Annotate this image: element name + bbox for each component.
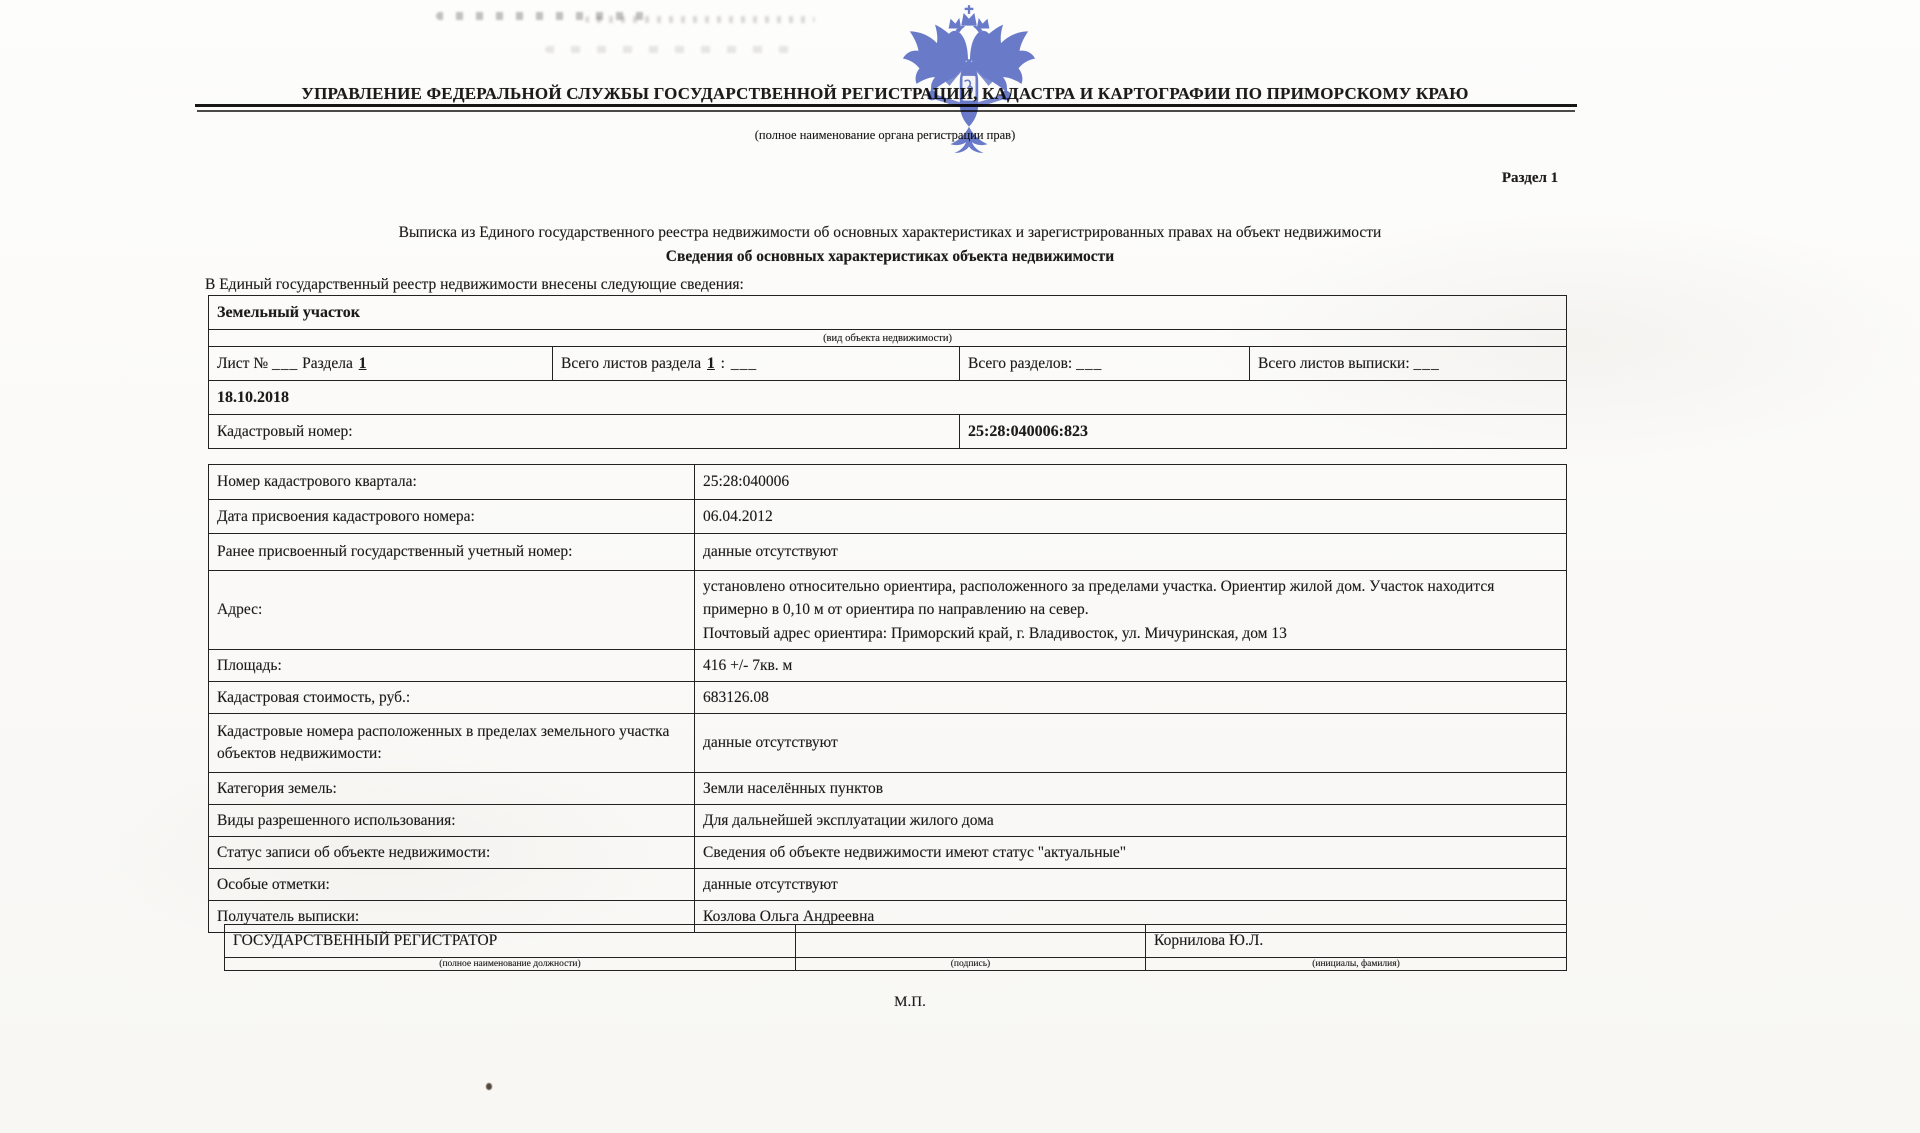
row-value: Для дальнейшей эксплуатации жилого дома xyxy=(695,805,1567,837)
table-row: Площадь: 416 +/- 7кв. м xyxy=(209,650,1567,682)
registrar-signature-cell xyxy=(796,925,1146,958)
section-label: Раздел 1 xyxy=(1470,170,1590,187)
row-label: Особые отметки: xyxy=(209,869,695,901)
sheets-in-section-cell: Всего листов раздела 1 : ___ xyxy=(553,347,960,381)
row-value: Земли населённых пунктов xyxy=(695,773,1567,805)
table-row: Кадастровые номера расположенных в преде… xyxy=(209,714,1567,773)
sheet-number-cell: Лист № ___ Раздела 1 xyxy=(209,347,553,381)
row-label: Кадастровая стоимость, руб.: xyxy=(209,682,695,714)
row-value: Сведения об объекте недвижимости имеют с… xyxy=(695,837,1567,869)
scan-speck xyxy=(486,1083,492,1090)
document-title: Выписка из Единого государственного реес… xyxy=(200,224,1580,242)
header-rule-thin xyxy=(197,110,1575,112)
table-row: Адрес: установлено относительно ориентир… xyxy=(209,571,1567,650)
table-row: Номер кадастрового квартала: 25:28:04000… xyxy=(209,465,1567,500)
table-row: Кадастровая стоимость, руб.: 683126.08 xyxy=(209,682,1567,714)
row-value: данные отсутствуют xyxy=(695,534,1567,571)
coat-of-arms-eagle-icon xyxy=(901,4,1037,156)
cadastral-number-value-cell: 25:28:040006:823 xyxy=(960,415,1567,449)
total-sheets-cell: Всего листов выписки: ___ xyxy=(1250,347,1567,381)
object-type-caption-cell: (вид объекта недвижимости) xyxy=(209,330,1567,347)
row-label: Статус записи об объекте недвижимости: xyxy=(209,837,695,869)
registrar-name-caption: (инициалы, фамилия) xyxy=(1146,958,1567,971)
row-value: данные отсутствуют xyxy=(695,714,1567,773)
registrar-position-cell: ГОСУДАРСТВЕННЫЙ РЕГИСТРАТОР xyxy=(225,925,796,958)
row-label: Дата присвоения кадастрового номера: xyxy=(209,500,695,534)
total-sections-cell: Всего разделов: ___ xyxy=(960,347,1250,381)
row-label: Категория земель: xyxy=(209,773,695,805)
row-value: 06.04.2012 xyxy=(695,500,1567,534)
row-label: Кадастровые номера расположенных в преде… xyxy=(209,714,695,773)
extract-date-cell: 18.10.2018 xyxy=(209,381,1567,415)
org-name-heading: УПРАВЛЕНИЕ ФЕДЕРАЛЬНОЙ СЛУЖБЫ ГОСУДАРСТВ… xyxy=(190,84,1580,104)
row-value: установлено относительно ориентира, расп… xyxy=(695,571,1567,650)
registrar-table: ГОСУДАРСТВЕННЫЙ РЕГИСТРАТОР Корнилова Ю.… xyxy=(224,924,1567,971)
table-row: Дата присвоения кадастрового номера: 06.… xyxy=(209,500,1567,534)
scanned-document-page: УПРАВЛЕНИЕ ФЕДЕРАЛЬНОЙ СЛУЖБЫ ГОСУДАРСТВ… xyxy=(0,0,1920,1133)
table-row: Особые отметки: данные отсутствуют xyxy=(209,869,1567,901)
document-subtitle: Сведения об основных характеристиках объ… xyxy=(200,248,1580,266)
registrar-signature-caption: (подпись) xyxy=(796,958,1146,971)
header-rule-thick xyxy=(195,104,1577,107)
scan-smudge xyxy=(585,16,815,23)
row-label: Виды разрешенного использования: xyxy=(209,805,695,837)
cadastral-number-label-cell: Кадастровый номер: xyxy=(209,415,960,449)
row-label: Адрес: xyxy=(209,571,695,650)
row-value: 416 +/- 7кв. м xyxy=(695,650,1567,682)
object-header-table: Земельный участок (вид объекта недвижимо… xyxy=(208,295,1567,449)
row-value: данные отсутствуют xyxy=(695,869,1567,901)
table-row: Ранее присвоенный государственный учетны… xyxy=(209,534,1567,571)
stamp-place-note: М.П. xyxy=(868,994,952,1011)
intro-line: В Единый государственный реестр недвижим… xyxy=(205,276,1585,294)
object-type-cell: Земельный участок xyxy=(209,296,1567,330)
registrar-name-cell: Корнилова Ю.Л. xyxy=(1146,925,1567,958)
details-table: Номер кадастрового квартала: 25:28:04000… xyxy=(208,464,1567,933)
org-name-caption: (полное наименование органа регистрации … xyxy=(190,128,1580,143)
table-row: Категория земель: Земли населённых пункт… xyxy=(209,773,1567,805)
row-label: Ранее присвоенный государственный учетны… xyxy=(209,534,695,571)
row-label: Номер кадастрового квартала: xyxy=(209,465,695,500)
registrar-position-caption: (полное наименование должности) xyxy=(225,958,796,971)
scan-smudge xyxy=(545,46,795,53)
row-label: Площадь: xyxy=(209,650,695,682)
row-value: 683126.08 xyxy=(695,682,1567,714)
row-value: 25:28:040006 xyxy=(695,465,1567,500)
table-row: Виды разрешенного использования: Для дал… xyxy=(209,805,1567,837)
table-row: Статус записи об объекте недвижимости: С… xyxy=(209,837,1567,869)
